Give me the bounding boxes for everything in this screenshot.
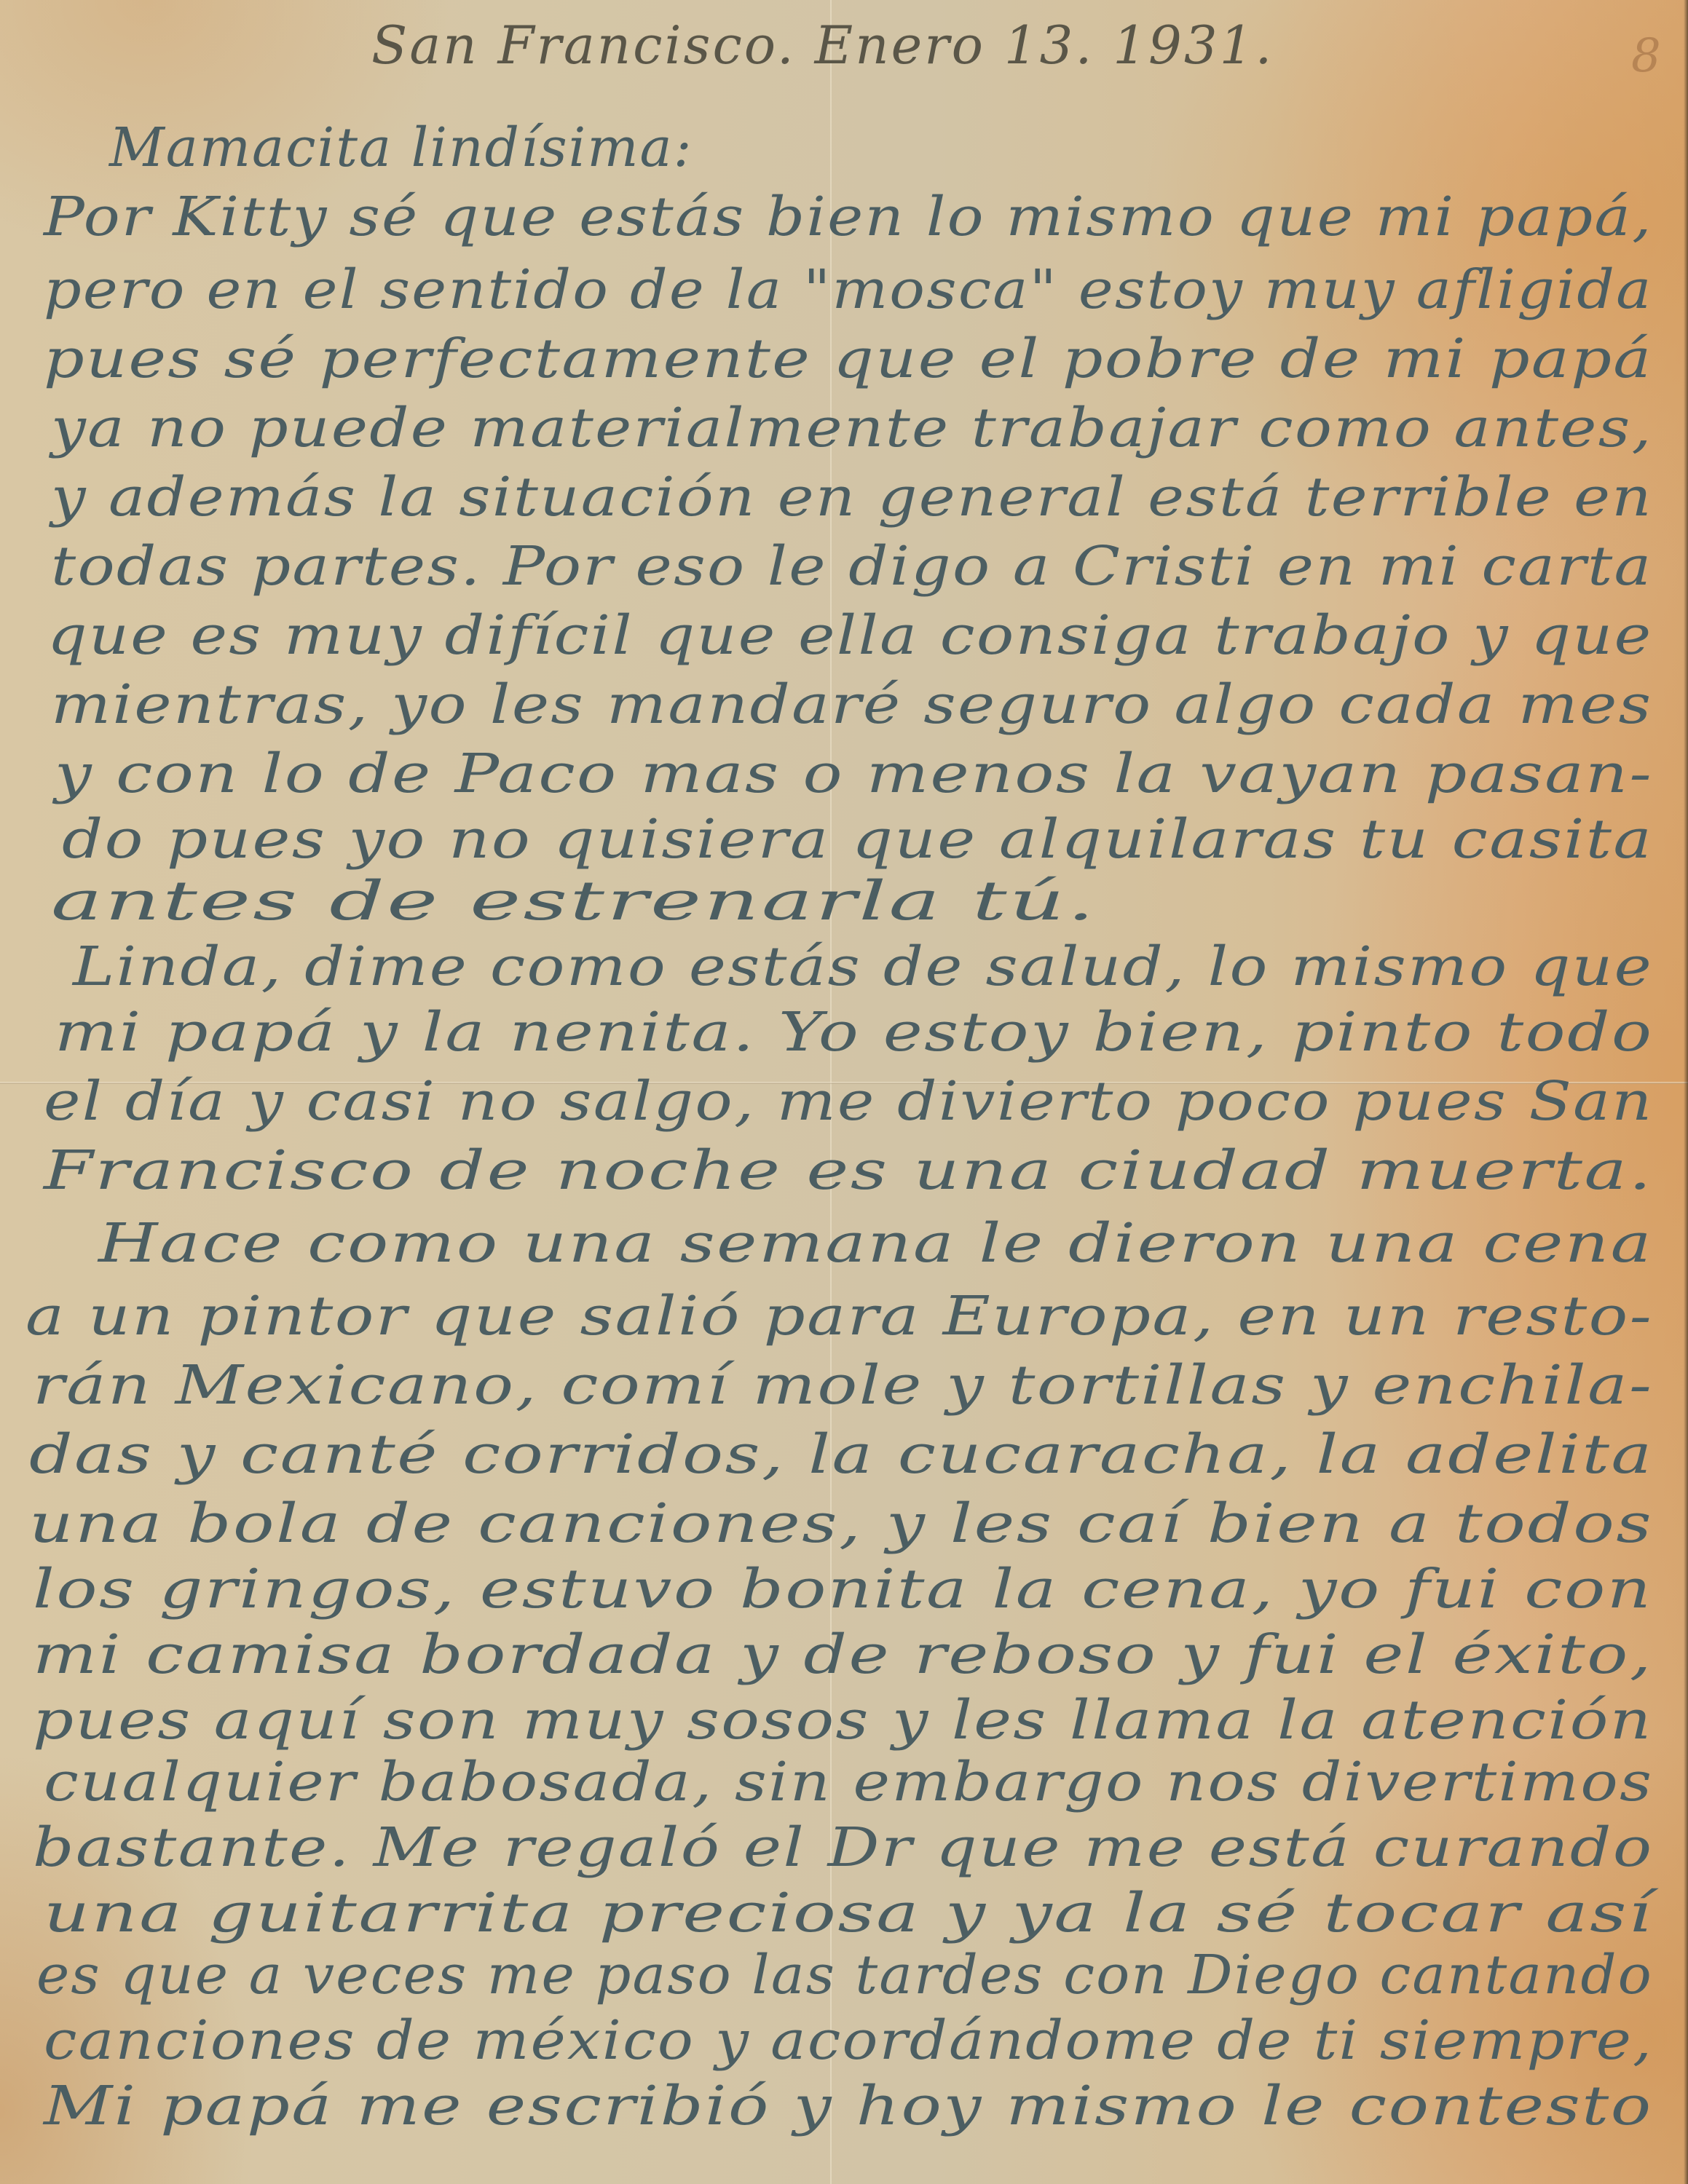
letter-line: pues sé perfectamente que el pobre de mi… [44,328,1653,390]
letter-line: bastante. Me regaló el Dr que me está cu… [33,1816,1653,1879]
letter-line: canciones de méxico y acordándome de ti … [44,2009,1653,2072]
salutation: Mamacita lindísima: [109,116,693,179]
letter-line: los gringos, estuvo bonita la cena, yo f… [33,1558,1652,1621]
letter-line: Mi papá me escribió y hoy mismo le conte… [44,2075,1653,2137]
letter-line: todas partes. Por eso le digo a Cristi e… [51,535,1653,598]
letter-line: mi camisa bordada y de reboso y fui el é… [33,1623,1653,1686]
letter-line: mientras, yo les mandaré seguro algo cad… [51,673,1652,736]
letter-line: Linda, dime como estás de salud, lo mism… [73,935,1653,998]
letter-line: y además la situación en general está te… [51,466,1653,529]
letter-line: pero en el sentido de la "mosca" estoy m… [44,258,1653,321]
letter-line: pues aquí son muy sosos y les llama la a… [33,1689,1652,1752]
letter-line: a un pintor que salió para Europa, en un… [25,1285,1653,1348]
dateline: San Francisco. Enero 13. 1931. [371,15,1274,76]
letter-line: ya no puede materialmente trabajar como … [51,397,1653,459]
letter-line: Hace como una semana le dieron una cena [98,1212,1653,1275]
letter-line: rán Mexicano, comí mole y tortillas y en… [33,1354,1653,1417]
letter-line: el día y casi no salgo, me divierto poco… [44,1070,1653,1133]
letter-line: Francisco de noche es una ciudad muerta. [44,1139,1653,1202]
letter-line: mi papá y la nenita. Yo estoy bien, pint… [55,1001,1653,1064]
letter-line: antes de estrenarla tú. [51,870,1097,933]
letter-line: que es muy difícil que ella consiga trab… [47,604,1652,667]
letter-line: do pues yo no quisiera que alquilaras tu… [62,808,1653,871]
letter-line: das y canté corridos, la cucaracha, la a… [29,1423,1654,1486]
letter-line: cualquier babosada, sin embargo nos dive… [44,1751,1653,1813]
letter-line: una bola de canciones, y les caí bien a … [29,1492,1653,1555]
letter-line: y con lo de Paco mas o menos la vayan pa… [55,743,1653,805]
letter-line: Por Kitty sé que estás bien lo mismo que… [44,186,1653,248]
letter-line: es que a veces me paso las tardes con Di… [36,1944,1653,2006]
handwritten-letter: San Francisco. Enero 13. 1931. 8 Mamacit… [0,0,1688,2184]
letter-line: una guitarrita preciosa y ya la sé tocar… [44,1882,1653,1944]
margin-mark: 8 [1631,29,1661,83]
